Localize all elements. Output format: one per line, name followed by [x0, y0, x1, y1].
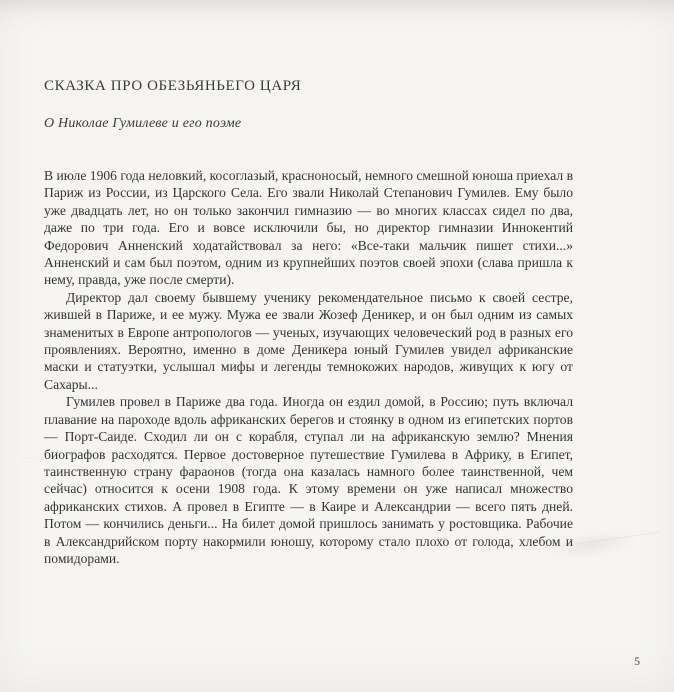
- chapter-title: СКАЗКА ПРО ОБЕЗЬЯНЬЕГО ЦАРЯ: [44, 78, 573, 95]
- page-number: 5: [634, 656, 640, 668]
- page-content: СКАЗКА ПРО ОБЕЗЬЯНЬЕГО ЦАРЯ О Николае Гу…: [44, 78, 573, 567]
- body-text: В июле 1906 года неловкий, косоглазый, к…: [44, 167, 573, 567]
- book-page-scan: СКАЗКА ПРО ОБЕЗЬЯНЬЕГО ЦАРЯ О Николае Гу…: [0, 0, 674, 692]
- paragraph: В июле 1906 года неловкий, косоглазый, к…: [44, 167, 573, 289]
- chapter-subtitle: О Николае Гумилеве и его поэме: [44, 116, 573, 132]
- paragraph: Директор дал своему бывшему ученику реко…: [44, 289, 573, 393]
- paragraph: Гумилев провел в Париже два года. Иногда…: [44, 393, 573, 567]
